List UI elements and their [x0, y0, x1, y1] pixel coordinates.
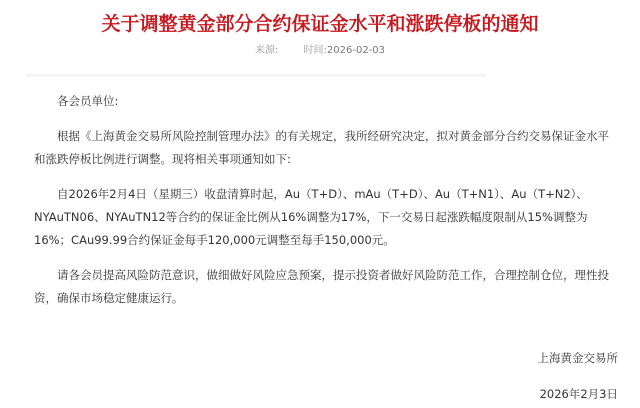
signature-date: 2026年2月3日	[540, 386, 618, 402]
header-divider	[26, 74, 486, 77]
source-label: 来源:	[255, 45, 282, 56]
signature-organization: 上海黄金交易所	[538, 350, 619, 366]
article-meta: 来源: 时间:2026-02-03	[0, 44, 640, 58]
article-body: 各会员单位: 根据《上海黄金交易所风险控制管理办法》的有关规定，我所经研究决定，…	[34, 90, 620, 322]
salutation: 各会员单位:	[34, 90, 620, 113]
body-paragraph: 根据《上海黄金交易所风险控制管理办法》的有关规定，我所经研究决定，拟对黄金部分合…	[34, 125, 620, 171]
time-label: 时间:	[304, 45, 327, 56]
source-label-text: 来源:	[255, 45, 278, 56]
article-title: 关于调整黄金部分合约保证金水平和涨跌停板的通知	[0, 12, 640, 36]
body-paragraph: 自2026年2月4日（星期三）收盘清算时起，Au（T+D）、mAu（T+D）、A…	[34, 183, 620, 252]
body-paragraph: 请各会员提高风险防范意识，做细做好风险应急预案，提示投资者做好风险防范工作，合理…	[34, 264, 620, 310]
publish-date: 2026-02-03	[327, 45, 385, 56]
